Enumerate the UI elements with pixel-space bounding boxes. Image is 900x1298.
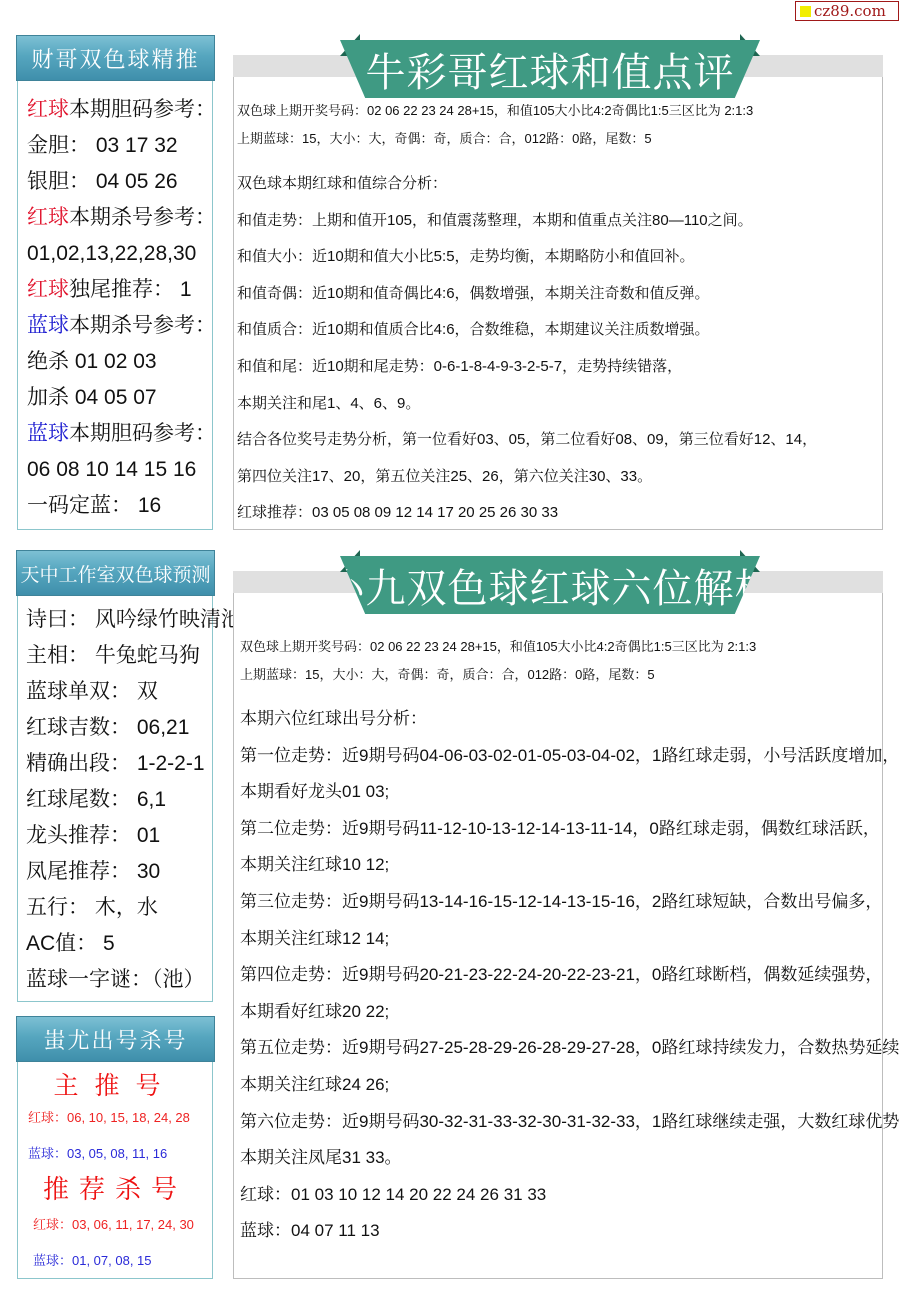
red-kill-numbers: 01,02,13,22,28,30 — [27, 242, 196, 265]
last-draw-line: 双色球上期开奖号码：02 06 22 23 24 28+15，和值105大小比4… — [240, 633, 882, 661]
position-analysis-line: 本期看好龙头01 03; — [240, 774, 882, 811]
position-analysis-line: 本期关注红球12 14; — [240, 921, 882, 958]
blue-ball-label: 蓝球 — [27, 314, 69, 337]
red-ball-label: 红球 — [27, 206, 69, 229]
red-ball-picks: 红球：01 03 10 12 14 20 22 24 26 31 33 — [240, 1177, 882, 1214]
one-blue-pick: 一码定蓝： 16 — [27, 494, 161, 517]
caige-line: 加杀 04 05 07 — [27, 380, 212, 416]
caige-line: 01,02,13,22,28,30 — [27, 236, 212, 272]
tianzhong-line: 凤尾推荐： 30 — [26, 854, 212, 890]
kill-pick-blue: 蓝球：01, 07, 08, 15 — [18, 1252, 212, 1270]
blue-dan-numbers: 06 08 10 14 15 16 — [27, 458, 196, 481]
kill-pick-red: 红球：03, 06, 11, 17, 24, 30 — [18, 1216, 212, 1234]
position-analysis-line: 本期关注红球10 12; — [240, 847, 882, 884]
chiyou-panel: 主推号 红球：06, 10, 15, 18, 24, 28 蓝球：03, 05,… — [17, 1036, 213, 1279]
niucaige-panel-body: 双色球上期开奖号码：02 06 22 23 24 28+15，和值105大小比4… — [234, 77, 882, 532]
tianzhong-line: 蓝球单双： 双 — [26, 674, 212, 710]
analysis-line: 和值质合：近10期和值质合比4:6，合数维稳，本期建议关注质数增强。 — [237, 312, 882, 349]
caige-panel-title: 财哥双色球精推 — [16, 35, 215, 81]
analysis-line: 和值奇偶：近10期和值奇偶比4:6，偶数增强，本期关注奇数和值反弹。 — [237, 276, 882, 313]
niucaige-title-ribbon: 牛彩哥红球和值点评 — [340, 34, 760, 98]
tianzhong-line: 主相： 牛兔蛇马狗 — [26, 638, 212, 674]
niucaige-title: 牛彩哥红球和值点评 — [340, 40, 760, 98]
niucaige-panel: 双色球上期开奖号码：02 06 22 23 24 28+15，和值105大小比4… — [233, 77, 883, 530]
caige-line: 红球本期杀号参考： — [27, 200, 212, 236]
position-analysis-line: 第二位走势：近9期号码11-12-10-13-12-14-13-11-14，0路… — [240, 811, 882, 848]
gold-dan-text: 金胆： 03 17 32 — [27, 134, 178, 157]
position-analysis-line: 本期六位红球出号分析： — [240, 701, 882, 738]
position-analysis-line: 第三位走势：近9期号码13-14-16-15-12-14-13-15-16，2路… — [240, 884, 882, 921]
analysis-line: 和值走势：上期和值开105，和值震荡整理，本期和值重点关注80—110之间。 — [237, 203, 882, 240]
caige-line: 蓝球本期杀号参考： — [27, 308, 212, 344]
site-badge-text: cz89.com — [814, 2, 886, 20]
tianzhong-line: 红球吉数： 06,21 — [26, 710, 212, 746]
tianzhong-panel-body: 诗曰： 风吟绿竹映清池 主相： 牛兔蛇马狗 蓝球单双： 双 红球吉数： 06,2… — [18, 566, 212, 998]
analysis-line: 第四位关注17、20，第五位关注25、26，第六位关注30、33。 — [237, 459, 882, 496]
red-ball-label: 红球 — [27, 98, 69, 121]
blue-ball-label: 蓝球 — [27, 422, 69, 445]
position-analysis-line: 本期关注红球24 26; — [240, 1067, 882, 1104]
position-analysis-line: 本期看好红球20 22; — [240, 994, 882, 1031]
xiaojiu-panel-body: 双色球上期开奖号码：02 06 22 23 24 28+15，和值105大小比4… — [234, 593, 882, 1250]
analysis-line: 双色球本期红球和值综合分析： — [237, 166, 882, 203]
line-text: 本期胆码参考： — [69, 422, 216, 445]
main-pick-red: 红球：06, 10, 15, 18, 24, 28 — [18, 1109, 212, 1127]
yellow-square-icon — [800, 6, 811, 17]
tianzhong-line: 蓝球一字谜：（池） — [26, 962, 212, 998]
xiaojiu-title-ribbon: 小九双色球红球六位解析 — [340, 550, 760, 614]
silver-dan-text: 银胆： 04 05 26 — [27, 170, 178, 193]
position-analysis-line: 第四位走势：近9期号码20-21-23-22-24-20-22-23-21，0路… — [240, 957, 882, 994]
position-analysis-line: 第一位走势：近9期号码04-06-03-02-01-05-03-04-02，1路… — [240, 738, 882, 775]
caige-panel-body: 红球本期胆码参考： 金胆： 03 17 32 银胆： 04 05 26 红球本期… — [18, 53, 212, 524]
tianzhong-line: 五行： 木，水 — [26, 890, 212, 926]
line-text: 独尾推荐： 1 — [69, 278, 192, 301]
position-analysis-line: 本期关注凤尾31 33。 — [240, 1140, 882, 1177]
blue-kill-absolute: 绝杀 01 02 03 — [27, 350, 157, 373]
xiaojiu-panel: 双色球上期开奖号码：02 06 22 23 24 28+15，和值105大小比4… — [233, 593, 883, 1279]
caige-line: 蓝球本期胆码参考： — [27, 416, 212, 452]
red-ball-label: 红球 — [27, 278, 69, 301]
chiyou-panel-body: 主推号 红球：06, 10, 15, 18, 24, 28 蓝球：03, 05,… — [18, 1037, 212, 1270]
blue-kill-extra: 加杀 04 05 07 — [27, 386, 157, 409]
last-blue-line: 上期蓝球：15，大小：大，奇偶：奇，质合：合，012路：0路，尾数：5 — [240, 661, 882, 689]
tianzhong-panel: 诗曰： 风吟绿竹映清池 主相： 牛兔蛇马狗 蓝球单双： 双 红球吉数： 06,2… — [17, 565, 213, 1002]
analysis-line: 本期关注和尾1、4、6、9。 — [237, 386, 882, 423]
caige-line: 红球本期胆码参考： — [27, 92, 212, 128]
caige-line: 金胆： 03 17 32 — [27, 128, 212, 164]
analysis-line: 结合各位奖号走势分析，第一位看好03、05，第二位看好08、09，第三位看好12… — [237, 422, 882, 459]
main-pick-title: 主推号 — [18, 1069, 212, 1103]
tianzhong-panel-title: 天中工作室双色球预测 — [16, 550, 215, 596]
position-analysis-line: 第六位走势：近9期号码30-32-31-33-32-30-31-32-33，1路… — [240, 1104, 882, 1141]
caige-panel: 红球本期胆码参考： 金胆： 03 17 32 银胆： 04 05 26 红球本期… — [17, 52, 213, 530]
site-badge[interactable]: cz89.com — [795, 1, 899, 21]
line-text: 本期杀号参考： — [69, 314, 216, 337]
caige-line: 银胆： 04 05 26 — [27, 164, 212, 200]
tianzhong-line: 诗曰： 风吟绿竹映清池 — [26, 602, 212, 638]
caige-line: 06 08 10 14 15 16 — [27, 452, 212, 488]
tianzhong-line: 精确出段： 1-2-2-1 — [26, 746, 212, 782]
main-pick-blue: 蓝球：03, 05, 08, 11, 16 — [18, 1145, 212, 1163]
chiyou-panel-title: 蚩尤出号杀号 — [16, 1016, 215, 1062]
analysis-line: 和值和尾：近10期和尾走势：0-6-1-8-4-9-3-2-5-7，走势持续错落… — [237, 349, 882, 386]
caige-line: 一码定蓝： 16 — [27, 488, 212, 524]
analysis-line: 和值大小：近10期和值大小比5:5，走势均衡，本期略防小和值回补。 — [237, 239, 882, 276]
position-analysis-line: 第五位走势：近9期号码27-25-28-29-26-28-29-27-28，0路… — [240, 1030, 882, 1067]
xiaojiu-title: 小九双色球红球六位解析 — [340, 556, 760, 614]
line-text: 本期胆码参考： — [69, 98, 216, 121]
line-text: 本期杀号参考： — [69, 206, 216, 229]
caige-line: 绝杀 01 02 03 — [27, 344, 212, 380]
tianzhong-line: 龙头推荐： 01 — [26, 818, 212, 854]
tianzhong-line: 红球尾数： 6,1 — [26, 782, 212, 818]
red-recommend-line: 红球推荐：03 05 08 09 12 14 17 20 25 26 30 33 — [237, 495, 882, 532]
tianzhong-line: AC值： 5 — [26, 926, 212, 962]
kill-pick-title: 推荐杀号 — [18, 1173, 212, 1207]
last-blue-line: 上期蓝球：15，大小：大，奇偶：奇，质合：合，012路：0路，尾数：5 — [237, 125, 882, 153]
last-draw-line: 双色球上期开奖号码：02 06 22 23 24 28+15，和值105大小比4… — [237, 97, 882, 125]
caige-line: 红球独尾推荐： 1 — [27, 272, 212, 308]
blue-ball-picks: 蓝球：04 07 11 13 — [240, 1213, 882, 1250]
